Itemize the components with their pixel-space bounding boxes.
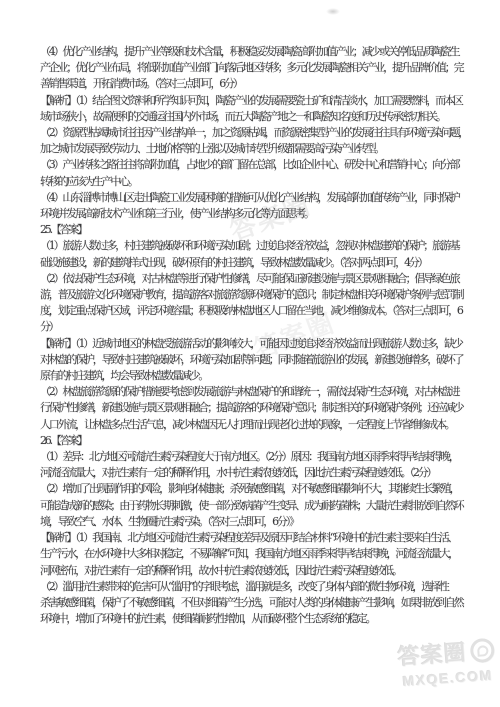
text-line: 原有的村庄建筑，均会导致林盘数量减少。 [40, 368, 466, 384]
text-line: （3）产业转移之路往往将高附加值，占地少的部门留在总部，比如企业中心、研发中心和… [40, 157, 466, 173]
text-line: 环境中，增加了环境中的抗生素，使细菌耐药性增加，从而破坏整个生态系统的稳定。 [40, 611, 466, 627]
text-line: 杀害敏感细菌，保护了不敏感细菌，不但对细菌产生分选，可能对人类的身体健康产生影响… [40, 595, 466, 611]
answer-circle-logo-icon [469, 637, 495, 663]
text-line: 产企业；优化产业布局，将低附加值产业部门向落后地区转移；多元化发展陶瓷相关产业，… [40, 60, 466, 76]
text-line: （4）优化产业结构，提升产业等级和技术含量，积极稳妥发展陶瓷高附加值产业；减少或… [40, 44, 466, 60]
text-line: 础设施建设，新的建筑样式出现，破坏原有的村庄建筑，导致林盘数量减少。（答对两点即… [40, 255, 466, 271]
text-line: （2）增加了出现副作用的风险，影响身体健康；杀死敏感细菌，对不敏感细菌影响不大，… [40, 481, 466, 497]
text-line: 河流径流量大，对抗生素有一定的稀释作用，水中抗生素浓度较低，因此抗生素污染程度较… [40, 465, 466, 481]
text-line: （4）山东淄博市博山区走出陶瓷工业发展困境的措施可从优化产业结构，发展高附加值传… [40, 190, 466, 206]
text-line: 善销售渠道，开拓消费市场。（答对三点即可，6分） [40, 76, 466, 92]
watermark-brand-text: 答案圈 [396, 636, 467, 672]
text-line: 域市场狭小，故需便利的交通运往国内外市场，而五大陶瓷产地之一和陶瓷知名度和历史传… [40, 109, 466, 125]
text-line: 【解析】（1）近城市地区的林盘受旅游活动的影响较大，可能因过度追求经济效益而出现… [40, 336, 466, 352]
watermark-brand-row: 答案圈 [396, 634, 495, 672]
text-line: 环境并发展高新技术产业和第三行业，使产业结构多元化等方面思考。 [40, 206, 466, 222]
text-line: 游，普及旅游文化环境保护教育，提高游客对旅游资源环境保护的意识；制定林盘相关环境… [40, 287, 466, 303]
scan-artifact-smudge [326, 8, 340, 15]
text-line: （2）林盘旅游资源的保护措施要考虑到发展旅游与林盘保护的和谐统一，需依法保护生态… [40, 384, 466, 400]
text-line: 分） [40, 319, 466, 335]
text-line: 河网密布，对抗生素有一定的稀释作用，故水中抗生素浓度较低，因此抗生素污染程度较低… [40, 563, 466, 579]
text-line: 【解析】（1）我国南、北方地区河流抗生素污染程度差异及原因可结合材料“环境中的抗… [40, 530, 466, 546]
text-line: 人口外流，让林盘多点生活气息，减少林盘因无人打理而出现老化过快的现象，一定程度上… [40, 417, 466, 433]
text-line: 可能造成新的感染；由于药物长期刺激，使一部分致病菌产生变异、成为耐药菌株；大量抗… [40, 498, 466, 514]
text-line: 对林盘的保护，导致村庄建筑被破坏，环境污染加剧等问题；同时随着旅游业的发展，新建… [40, 352, 466, 368]
text-line: 25.【答案】 [40, 222, 466, 238]
scanned-answer-key-page: 答案圈 答案圈 （4）优化产业结构，提升产业等级和技术含量，积极稳妥发展陶瓷高附… [0, 0, 500, 707]
text-line: 转移的应该为生产中心。 [40, 174, 466, 190]
text-line: 加之城市发展导致劳动力、土地价格等的上涨以及城市转型升级都需要高污染产业转型。 [40, 141, 466, 157]
answer-text-block: （4）优化产业结构，提升产业等级和技术含量，积极稳妥发展陶瓷高附加值产业；减少或… [40, 44, 466, 627]
text-line: 26.【答案】 [40, 433, 466, 449]
text-line: 境，导致空气、水体、生物圈抗生素污染。（答对三点即可，6分）》 [40, 514, 466, 530]
text-line: 【解析】（1）结合图文资料和所学知识可知，陶瓷产业的发展需要瓷土矿和清洁淡水，加… [40, 93, 466, 109]
text-line: 行保护性修缮，新建设施与景区景观相融合；提高游客的环境保护意识；制定相关的环境保… [40, 400, 466, 416]
logo-swirl-icon [477, 645, 489, 657]
text-line: 生产污水，在水环境中大多相对稳定，不易降解”可知，我国南方地区雨季来得早结束得晚… [40, 546, 466, 562]
text-line: （2）滥用抗生素带来的危害可从“滥用”的字眼考虑，滥用就是多，改变了身体内部的微… [40, 579, 466, 595]
text-line: （1）旅游人数过多，村庄建筑被破坏和环境污染加剧；过度追求经济效益，忽视对林盘建… [40, 238, 466, 254]
text-line: （2）依法保护生态环境，对古林盘等进行保护性修缮，尽可能保证新建设施与景区景观相… [40, 271, 466, 287]
text-line: （1）差异：北方地区河流抗生素污染程度大于南方地区。（2分）原因：我国南方地区雨… [40, 449, 466, 465]
site-watermark: 答案圈 MXQE.COM [396, 634, 496, 690]
text-line: 度，划定重点保护区域，评定环境容量；积极吸纳林盘地区人口留在当地，减少维修成本。… [40, 303, 466, 319]
text-line: （2）资源型枯竭城市往往因产业结构单一，加之资源枯竭，而资源密集型产业的发展往往… [40, 125, 466, 141]
